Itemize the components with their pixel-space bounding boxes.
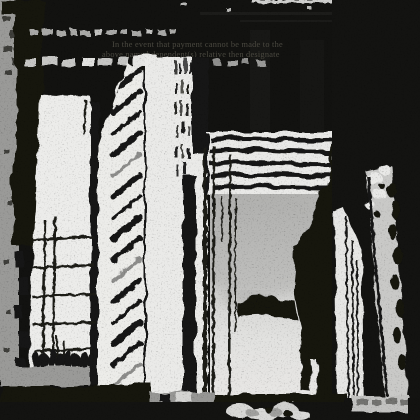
- artwork-canvas: In the event that payment cannot be made…: [0, 0, 420, 420]
- grain-overlay-light: [0, 0, 420, 420]
- artwork-svg: In the event that payment cannot be made…: [0, 0, 420, 420]
